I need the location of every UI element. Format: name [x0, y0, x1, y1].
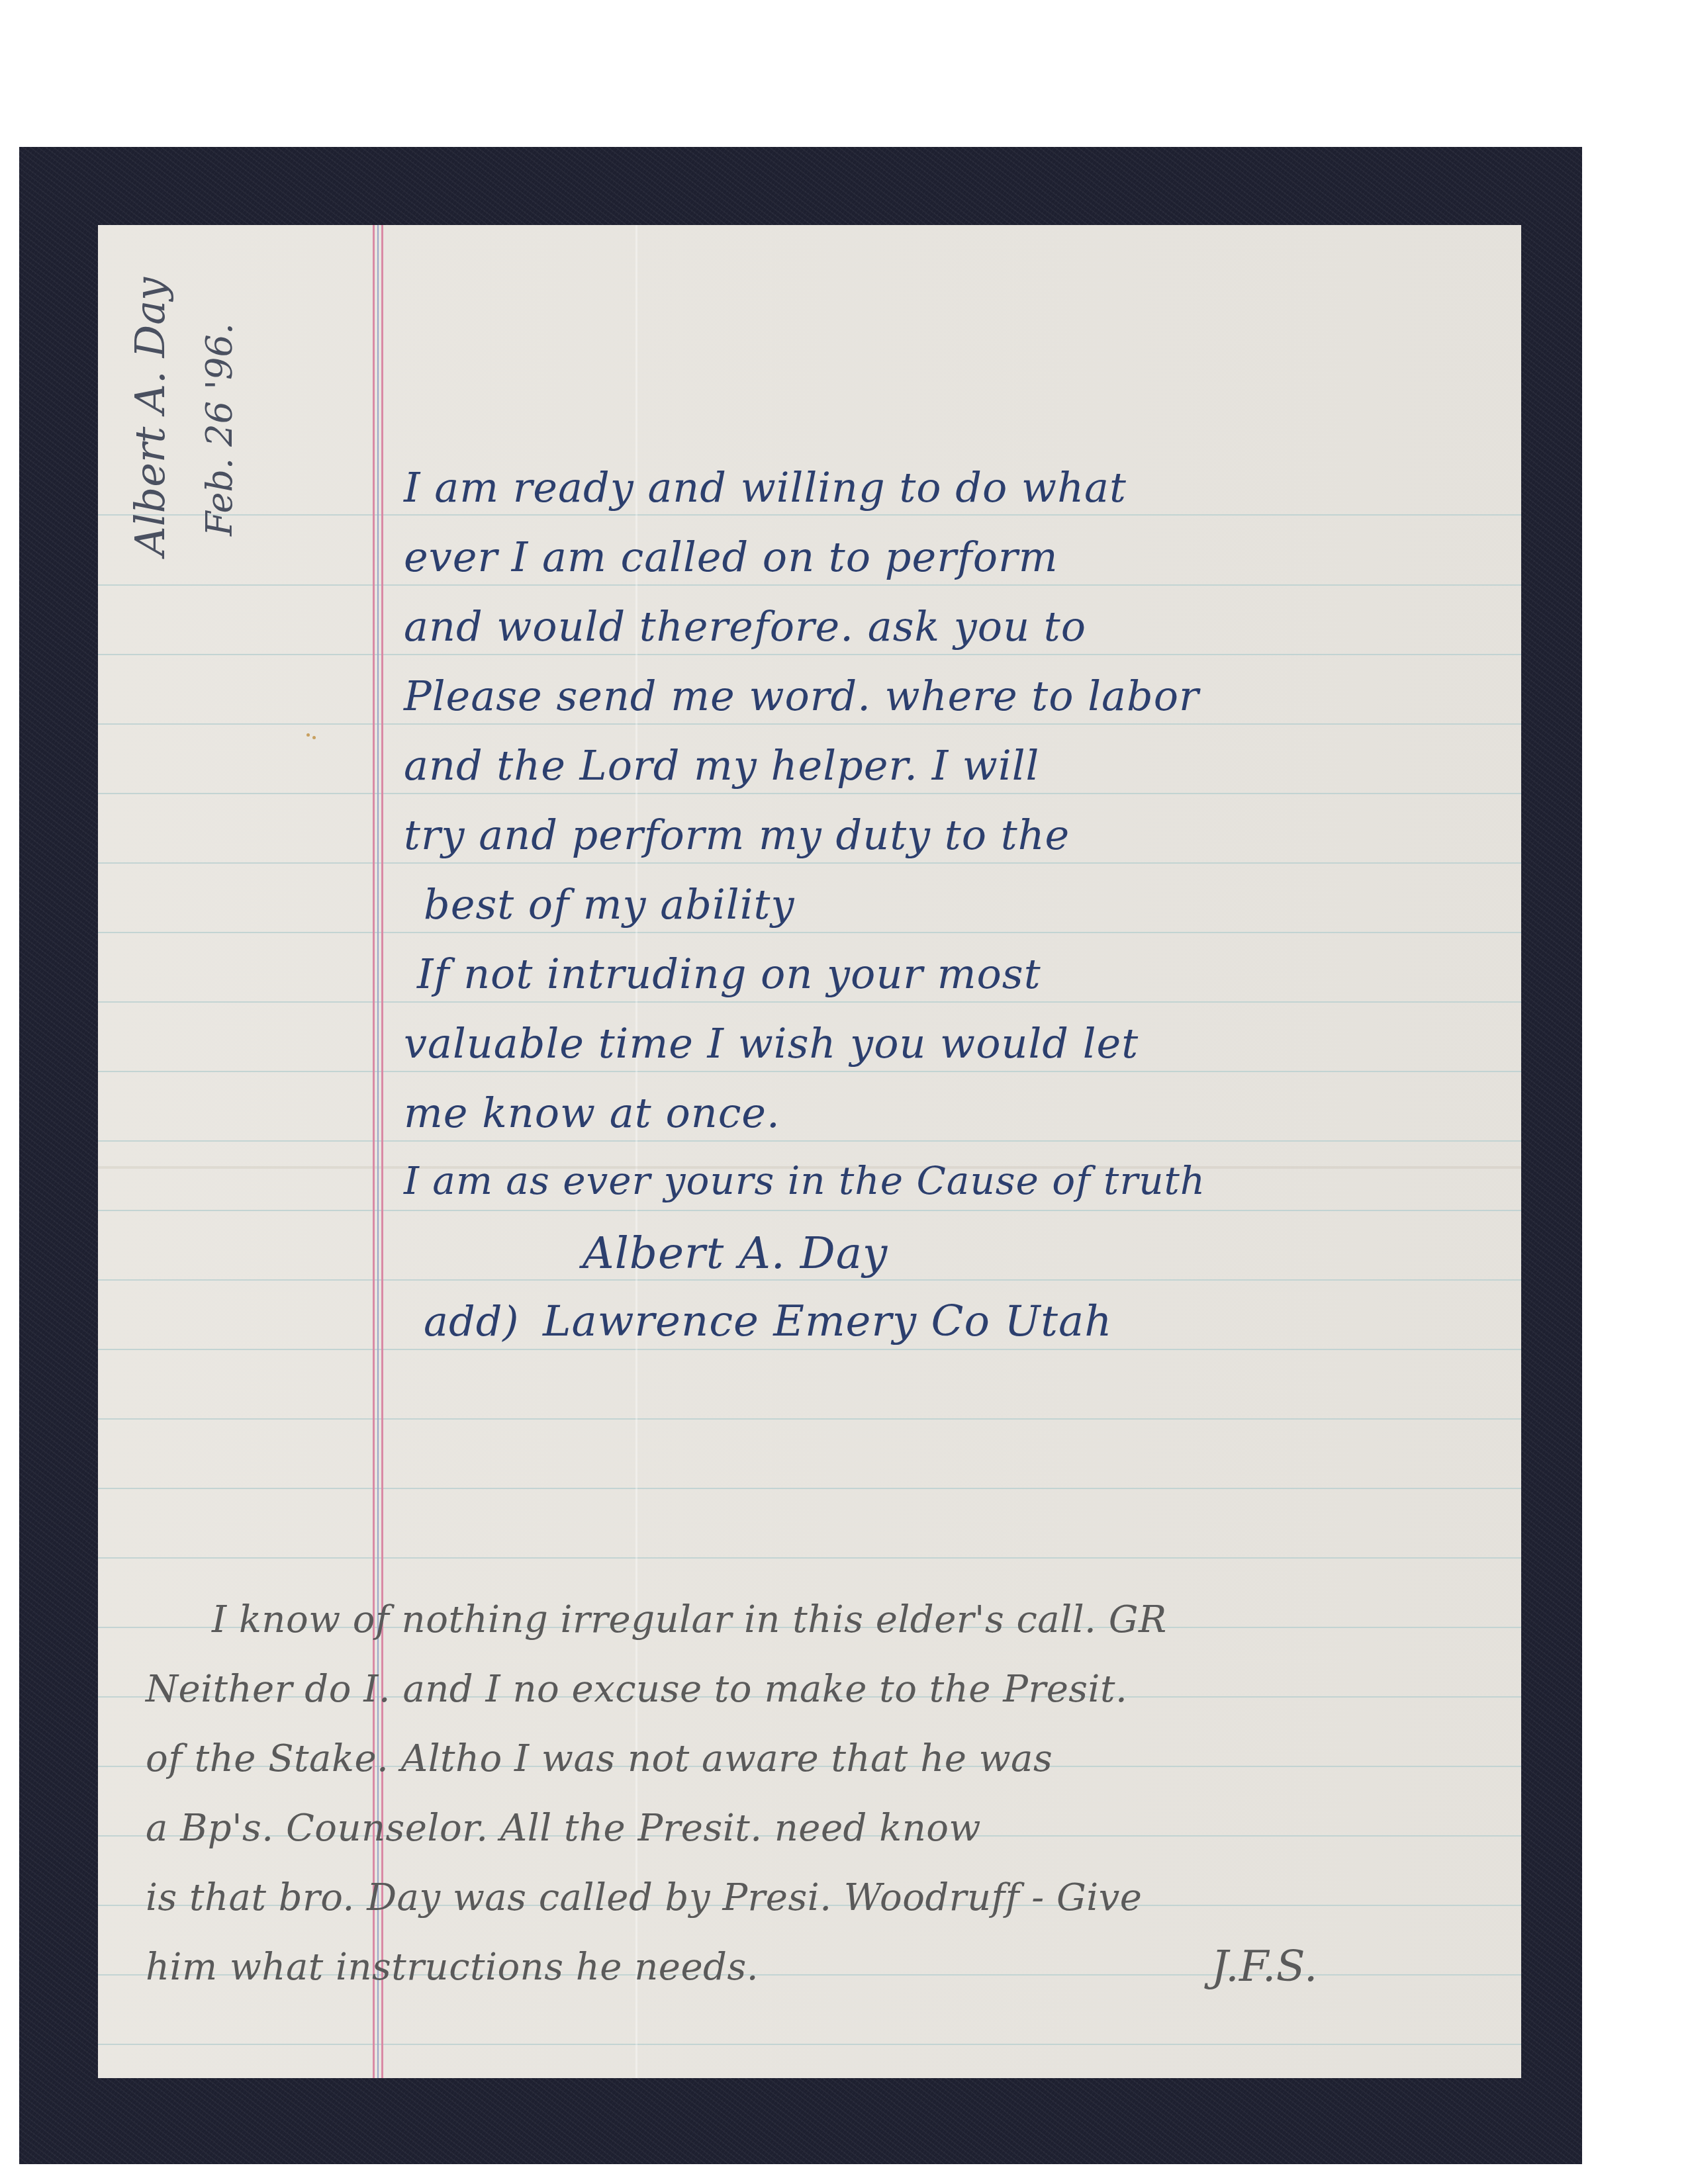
address-value: Lawrence Emery Co Utah: [543, 1297, 1112, 1346]
paper-speck: [312, 736, 316, 739]
ruled-line: [98, 1279, 1521, 1281]
ruled-line: [98, 654, 1521, 655]
address-label: add): [424, 1297, 520, 1345]
endorsement-line: Neither do I. and I no excuse to make to…: [146, 1668, 1127, 1711]
ruled-line: [98, 1071, 1521, 1072]
ruled-line: [98, 584, 1521, 586]
ruled-line: [98, 1349, 1521, 1350]
margin-line-blue: [377, 225, 379, 2078]
letter-line: me know at once.: [404, 1089, 780, 1137]
endorsement-line: I know of nothing irregular in this elde…: [212, 1598, 1167, 1641]
letter-line: and would therefore. ask you to: [404, 602, 1086, 651]
letter-line: I am ready and willing to do what: [404, 463, 1127, 512]
side-annotation-date: Feb. 26 '96.: [199, 323, 240, 536]
ruled-line: [98, 723, 1521, 725]
endorsement-line: of the Stake. Altho I was not aware that…: [146, 1737, 1053, 1780]
margin-line-red: [381, 225, 383, 2078]
letter-signature: Albert A. Day: [583, 1228, 888, 1279]
letter-line: ever I am called on to perform: [404, 533, 1058, 581]
ruled-line: [98, 1210, 1521, 1211]
ruled-line: [98, 1140, 1521, 1142]
ruled-line: [98, 793, 1521, 794]
margin-line-red: [373, 225, 375, 2078]
letter-line: If not intruding on your most: [417, 950, 1041, 998]
letter-line: best of my ability: [424, 880, 794, 929]
letter-line: valuable time I wish you would let: [404, 1019, 1139, 1068]
ruled-line: [98, 1418, 1521, 1420]
ruled-line: [98, 1557, 1521, 1559]
paper-speck: [306, 733, 310, 737]
endorsement-line: is that bro. Day was called by Presi. Wo…: [146, 1876, 1143, 1919]
endorsement-signature: J.F.S.: [1211, 1942, 1318, 1991]
ruled-line: [98, 514, 1521, 516]
ruled-line: [98, 1001, 1521, 1003]
ruled-line: [98, 932, 1521, 933]
ruled-line: [98, 862, 1521, 864]
letter-line: I am as ever yours in the Cause of truth: [404, 1158, 1205, 1203]
endorsement-line: him what instructions he needs.: [146, 1946, 759, 1989]
ruled-line: [98, 2044, 1521, 2045]
side-annotation-name: Albert A. Day: [126, 277, 174, 556]
letter-line: and the Lord my helper. I will: [404, 741, 1039, 790]
letter-line: try and perform my duty to the: [404, 811, 1070, 859]
ruled-line: [98, 1488, 1521, 1489]
letter-line: Please send me word. where to labor: [404, 672, 1199, 720]
endorsement-line: a Bp's. Counselor. All the Presit. need …: [146, 1807, 981, 1850]
